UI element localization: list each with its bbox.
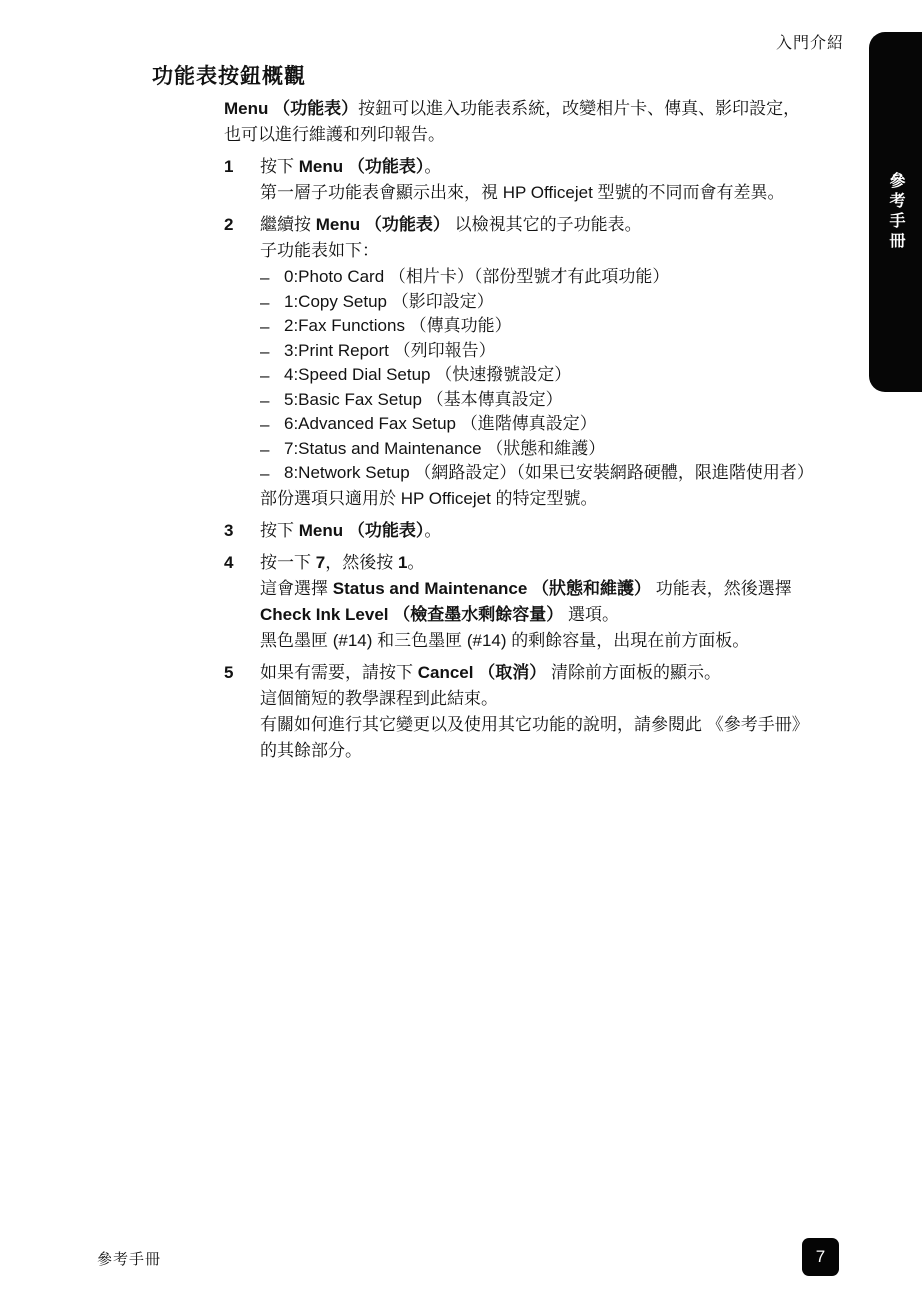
list-item: – 7:Status and Maintenance （狀態和維護） [260, 437, 884, 462]
list-item-label: 2:Fax Functions （傳真功能） [284, 314, 512, 339]
step-number: 2 [224, 212, 260, 512]
content-area: Menu （功能表）按鈕可以進入功能表系統，改變相片卡、傳真、影印設定， 也可以… [224, 96, 884, 764]
section-title: 功能表按鈕概觀 [152, 60, 306, 90]
running-header: 入門介紹 [776, 30, 844, 53]
dash-bullet: – [260, 389, 284, 414]
side-tab-label: 參考手冊 [884, 172, 907, 252]
list-item-label: 8:Network Setup （網路設定）（如果已安裝網路硬體，限進階使用者） [284, 461, 814, 486]
step-5: 5 如果有需要，請按下 Cancel （取消） 清除前方面板的顯示。 這個簡短的… [224, 660, 884, 764]
step-subtext: 子功能表如下： [260, 238, 884, 264]
submenu-list: – 0:Photo Card （相片卡）（部份型號才有此項功能） – 1:Cop… [260, 265, 884, 486]
step-body: 按下 Menu （功能表）。 [260, 518, 884, 544]
step-text: 繼續按 Menu （功能表） 以檢視其它的子功能表。 [260, 212, 884, 238]
step-body: 如果有需要，請按下 Cancel （取消） 清除前方面板的顯示。 這個簡短的教學… [260, 660, 884, 764]
dash-bullet: – [260, 462, 284, 487]
step-body: 繼續按 Menu （功能表） 以檢視其它的子功能表。 子功能表如下： – 0:P… [260, 212, 884, 512]
step-subtext: 有關如何進行其它變更以及使用其它功能的說明，請參閱此 《參考手冊》 [260, 712, 884, 738]
list-item-label: 6:Advanced Fax Setup （進階傳真設定） [284, 412, 597, 437]
page-number: 7 [816, 1247, 825, 1267]
step-text: 按下 Menu （功能表）。 [260, 154, 884, 180]
step-3: 3 按下 Menu （功能表）。 [224, 518, 884, 544]
list-item-label: 7:Status and Maintenance （狀態和維護） [284, 437, 605, 462]
step-text: 如果有需要，請按下 Cancel （取消） 清除前方面板的顯示。 [260, 660, 884, 686]
list-item: – 1:Copy Setup （影印設定） [260, 290, 884, 315]
step-body: 按下 Menu （功能表）。 第一層子功能表會顯示出來，視 HP Officej… [260, 154, 884, 206]
intro-line: 也可以進行維護和列印報告。 [224, 122, 884, 148]
step-2: 2 繼續按 Menu （功能表） 以檢視其它的子功能表。 子功能表如下： – 0… [224, 212, 884, 512]
list-item: – 2:Fax Functions （傳真功能） [260, 314, 884, 339]
page-number-badge: 7 [802, 1238, 839, 1276]
list-item: – 3:Print Report （列印報告） [260, 339, 884, 364]
dash-bullet: – [260, 315, 284, 340]
list-item-label: 4:Speed Dial Setup （快速撥號設定） [284, 363, 571, 388]
step-number: 4 [224, 550, 260, 654]
list-item: – 4:Speed Dial Setup （快速撥號設定） [260, 363, 884, 388]
step-subtext: 這個簡短的教學課程到此結束。 [260, 686, 884, 712]
step-subtext: 這會選擇 Status and Maintenance （狀態和維護） 功能表，… [260, 576, 884, 602]
list-item-label: 1:Copy Setup （影印設定） [284, 290, 494, 315]
dash-bullet: – [260, 291, 284, 316]
intro-line: Menu （功能表）按鈕可以進入功能表系統，改變相片卡、傳真、影印設定， [224, 96, 884, 122]
step-number: 5 [224, 660, 260, 764]
step-body: 按一下 7，然後按 1。 這會選擇 Status and Maintenance… [260, 550, 884, 654]
dash-bullet: – [260, 438, 284, 463]
dash-bullet: – [260, 266, 284, 291]
step-subtext: 第一層子功能表會顯示出來，視 HP Officejet 型號的不同而會有差異。 [260, 180, 884, 206]
step-number: 3 [224, 518, 260, 544]
step-subtext: 黑色墨匣 (#14) 和三色墨匣 (#14) 的剩餘容量，出現在前方面板。 [260, 628, 884, 654]
step-4: 4 按一下 7，然後按 1。 這會選擇 Status and Maintenan… [224, 550, 884, 654]
footer-book-title: 參考手冊 [97, 1248, 161, 1269]
list-item-label: 3:Print Report （列印報告） [284, 339, 496, 364]
dash-bullet: – [260, 364, 284, 389]
list-item-label: 0:Photo Card （相片卡）（部份型號才有此項功能） [284, 265, 669, 290]
list-item-label: 5:Basic Fax Setup （基本傳真設定） [284, 388, 563, 413]
list-item: – 5:Basic Fax Setup （基本傳真設定） [260, 388, 884, 413]
step-subtext: 部份選項只適用於 HP Officejet 的特定型號。 [260, 486, 884, 512]
step-subtext: 的其餘部分。 [260, 738, 884, 764]
step-number: 1 [224, 154, 260, 206]
step-text: 按下 Menu （功能表）。 [260, 518, 884, 544]
list-item: – 6:Advanced Fax Setup （進階傳真設定） [260, 412, 884, 437]
step-subtext: Check Ink Level （檢查墨水剩餘容量） 選項。 [260, 602, 884, 628]
dash-bullet: – [260, 340, 284, 365]
step-text: 按一下 7，然後按 1。 [260, 550, 884, 576]
step-1: 1 按下 Menu （功能表）。 第一層子功能表會顯示出來，視 HP Offic… [224, 154, 884, 206]
dash-bullet: – [260, 413, 284, 438]
list-item: – 8:Network Setup （網路設定）（如果已安裝網路硬體，限進階使用… [260, 461, 884, 486]
list-item: – 0:Photo Card （相片卡）（部份型號才有此項功能） [260, 265, 884, 290]
